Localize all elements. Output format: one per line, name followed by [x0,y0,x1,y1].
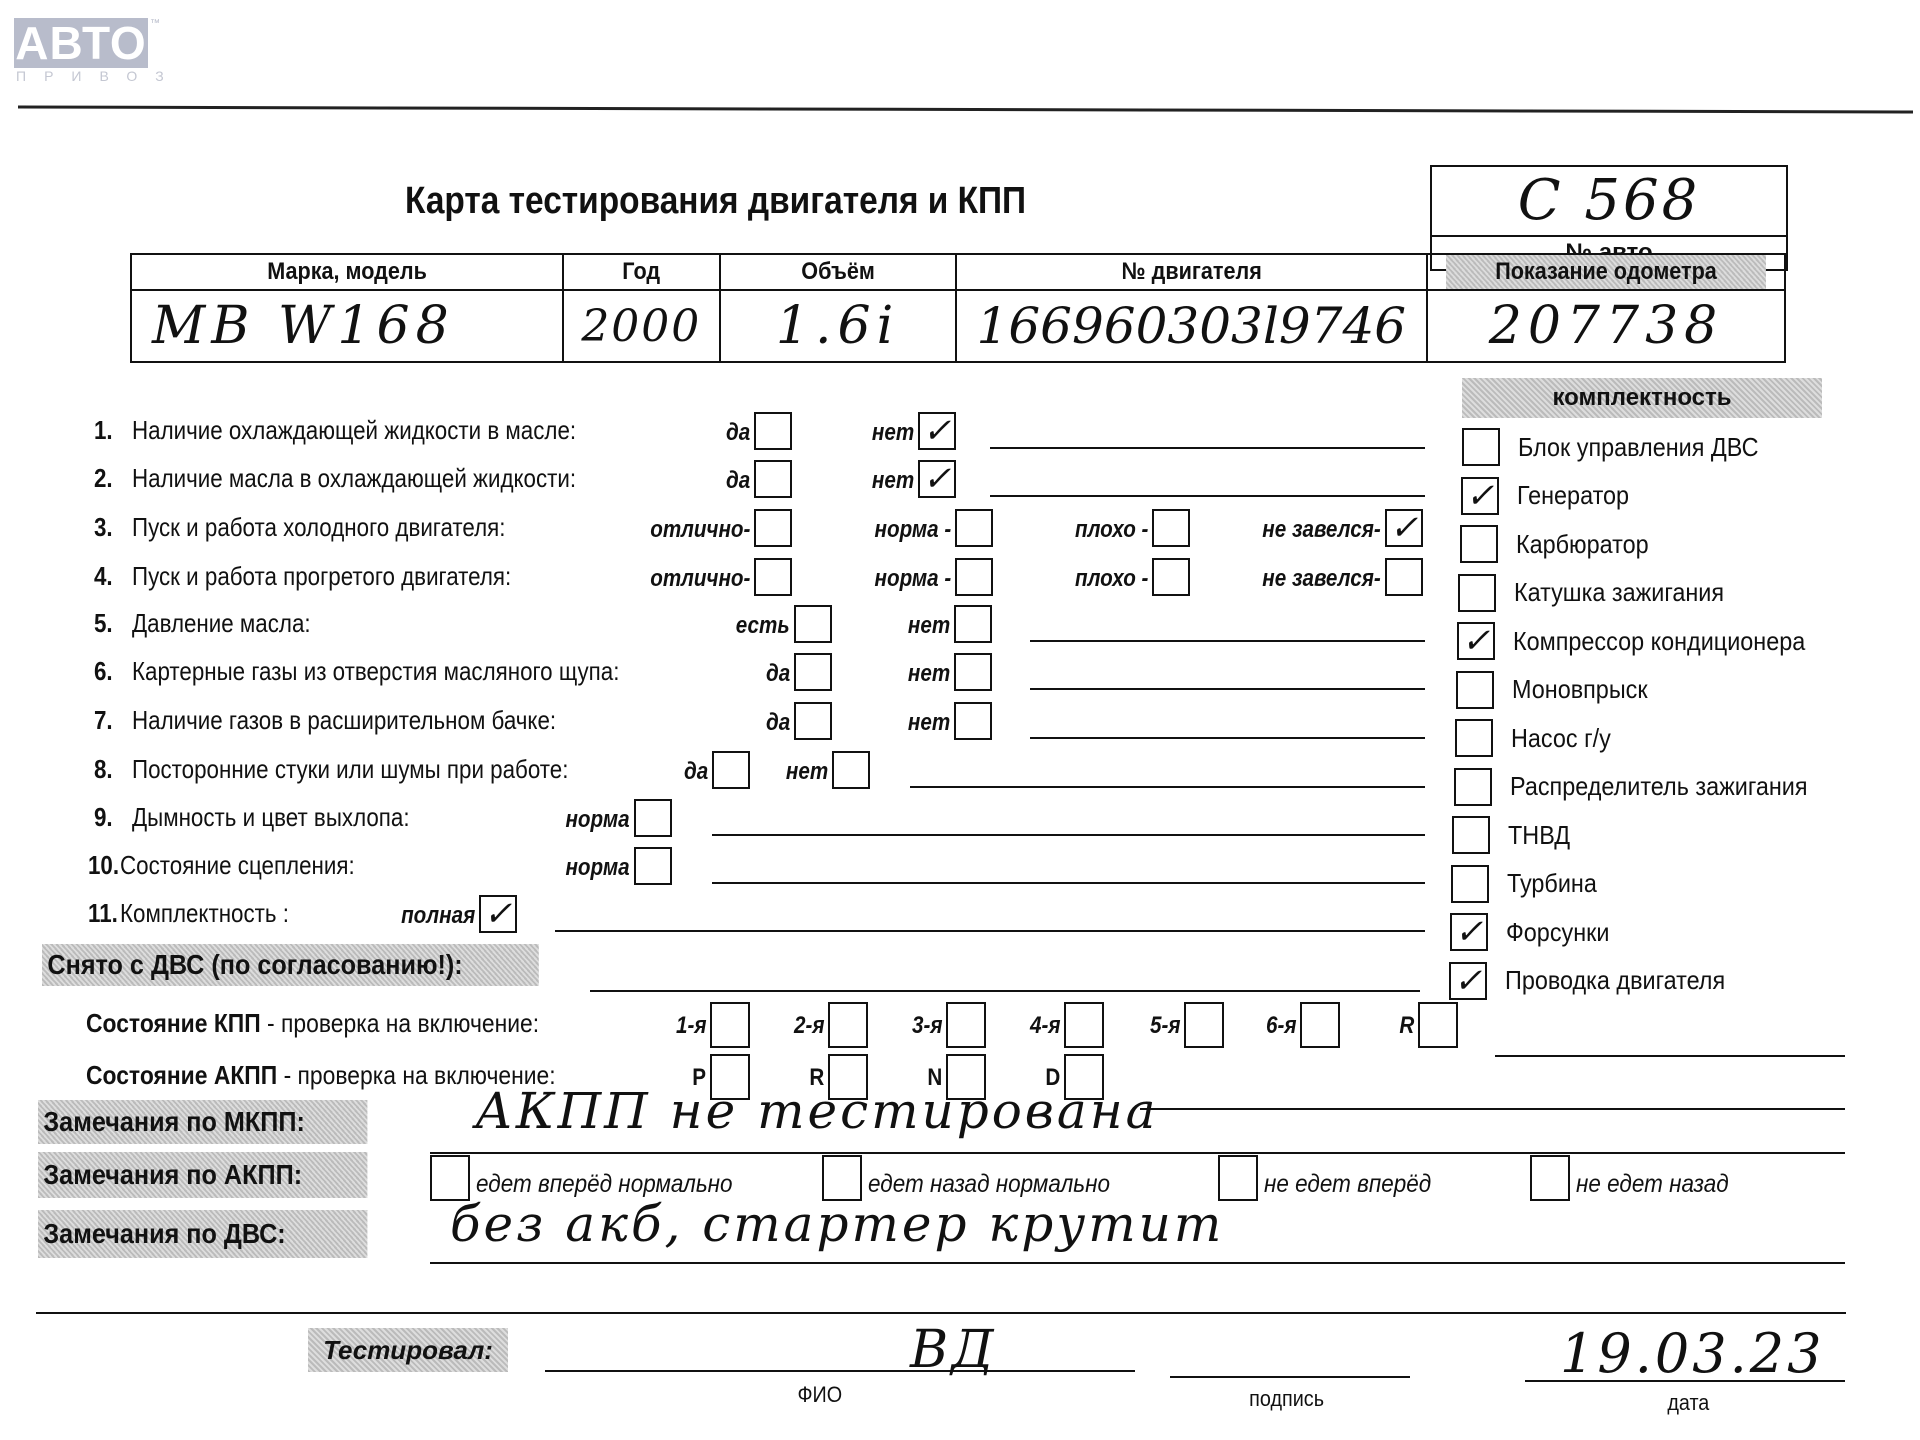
completeness-item[interactable]: Турбина [1451,865,1607,903]
option-checkbox[interactable] [754,412,792,450]
notes-line[interactable] [555,930,1425,932]
gear-checkbox[interactable] [946,1002,986,1048]
akpp-remark-label: не едет вперёд [1264,1170,1431,1199]
checklist-number: 5. [94,608,113,639]
completeness-checkbox[interactable] [1451,865,1489,903]
page-title: Карта тестирования двигателя и КПП [405,180,1026,223]
manual_gearbox-label-bold: Состояние КПП [86,1008,261,1038]
footer-divider [36,1312,1846,1314]
year-value[interactable]: 2000 [563,290,719,362]
model-value[interactable]: MB W168 [131,290,563,362]
mkpp-remarks-line [430,1152,1845,1154]
option-checkbox[interactable] [794,605,832,643]
checklist-label: Дымность и цвет выхлопа: [132,802,410,833]
option-checkbox[interactable] [754,460,792,498]
option-checkbox[interactable] [754,509,792,547]
option-label: да [684,758,708,786]
option-label: плохо - [1075,565,1148,593]
option-label: отлично- [650,516,750,544]
check-mark-icon: ✓ [1454,964,1483,998]
col-header-volume: Объём [731,254,944,290]
signature-caption: подпись [1249,1386,1324,1412]
checklist-label: Пуск и работа холодного двигателя: [132,512,505,543]
completeness-checkbox[interactable] [1460,525,1498,563]
option-label: не завелся- [1263,516,1381,544]
gear-label: 4-я [1029,1012,1060,1040]
date-value[interactable]: 19.03.23 [1560,1322,1824,1385]
completeness-label: Катушка зажигания [1514,577,1724,608]
checklist-number: 3. [94,512,113,543]
completeness-item[interactable]: Блок управления ДВС [1462,428,1785,466]
checklist-label: Комплектность : [120,898,289,929]
completeness-item[interactable]: Моновпрыск [1456,671,1663,709]
dvs-remarks-value[interactable]: без акб, стартер крутит [450,1195,1224,1253]
option-label: да [766,660,790,688]
completeness-checkbox[interactable]: ✓ [1457,622,1495,660]
notes-line[interactable] [712,882,1425,884]
option-checkbox[interactable]: ✓ [918,460,956,498]
option-label: норма [566,854,630,882]
signature-line[interactable] [1170,1376,1410,1378]
option-checkbox[interactable] [954,702,992,740]
completeness-label: Генератор [1517,480,1629,511]
gear-label: 6-я [1265,1012,1296,1040]
completeness-item[interactable]: ✓Компрессор кондиционера [1457,622,1838,660]
col-header-year: Год [571,254,712,290]
option-label: да [766,709,790,737]
option-checkbox[interactable]: ✓ [1385,509,1423,547]
completeness-label: Турбина [1507,868,1597,899]
option-checkbox[interactable]: ✓ [479,895,517,933]
option-checkbox[interactable] [832,751,870,789]
option-checkbox[interactable] [1152,509,1190,547]
option-checkbox[interactable]: ✓ [918,412,956,450]
checklist-label: Пуск и работа прогретого двигателя: [132,561,511,592]
akpp-remarks-label: Замечания по АКПП: [38,1152,367,1198]
completeness-item[interactable]: Карбюратор [1460,525,1663,563]
akpp-remark-label: не едет назад [1576,1170,1729,1199]
checklist-number: 9. [94,802,113,833]
engine-number-value[interactable]: 166960303l9746 [956,290,1427,362]
completeness-label: Проводка двигателя [1505,965,1725,996]
check-mark-icon: ✓ [1390,511,1419,545]
option-label: нет [872,467,914,495]
check-mark-icon: ✓ [923,462,952,496]
mkpp-remarks-label: Замечания по МКПП: [38,1100,367,1144]
option-checkbox[interactable] [794,653,832,691]
manual_gearbox-label: Состояние КПП - проверка на включение: [86,1008,539,1039]
option-label: да [726,467,750,495]
logo-subtitle: ПРИВОЗ [16,68,182,84]
gear-checkbox[interactable] [1300,1002,1340,1048]
check-mark-icon: ✓ [1466,479,1495,513]
option-checkbox[interactable] [955,509,993,547]
option-label: отлично- [650,565,750,593]
checklist-label: Состояние сцепления: [120,850,355,881]
notes-line[interactable] [1030,640,1425,642]
option-label: норма - [874,516,951,544]
volume-value[interactable]: 1.6i [720,290,956,362]
completeness-item[interactable]: ✓Генератор [1461,477,1642,515]
logo: АВТО [14,18,148,68]
date-caption: дата [1667,1390,1709,1416]
removed-parts-line[interactable] [590,990,1420,992]
completeness-checkbox[interactable] [1455,719,1493,757]
option-checkbox[interactable] [634,847,672,885]
col-header-odometer: Показание одометра [1445,254,1767,290]
dvs-remarks-line [430,1262,1845,1264]
completeness-checkbox[interactable]: ✓ [1449,962,1487,1000]
option-label: нет [908,660,950,688]
option-label: да [726,419,750,447]
col-header-model: Марка, модель [153,254,542,290]
completeness-label: Насос г/у [1511,723,1611,754]
completeness-item[interactable]: ✓Форсунки [1450,913,1621,951]
car-number-value[interactable]: C 568 [1432,167,1786,235]
car-number-box: C 568 [1430,165,1788,237]
akpp-remark-checkbox[interactable] [1530,1155,1570,1201]
notes-line[interactable] [712,834,1425,836]
completeness-label: ТНВД [1508,820,1570,851]
option-label: норма - [874,565,951,593]
completeness-label: Карбюратор [1516,529,1649,560]
completeness-item[interactable]: Насос г/у [1455,719,1622,757]
notes-line[interactable] [990,495,1425,497]
option-label: полная [401,902,475,930]
gear-checkbox[interactable] [710,1002,750,1048]
notes-line[interactable] [910,786,1425,788]
checklist-number: 11. [88,898,118,929]
completeness-label: Компрессор кондиционера [1513,626,1805,657]
gear-checkbox[interactable] [1418,1002,1458,1048]
completeness-header: комплектность [1462,378,1822,418]
option-label: нет [908,709,950,737]
name-caption: ФИО [797,1382,842,1408]
auto_gearbox-label-bold: Состояние АКПП [86,1060,277,1090]
completeness-checkbox[interactable] [1456,671,1494,709]
checklist-number: 4. [94,561,113,592]
removed-parts-label: Снято с ДВС (по согласованию!): [42,944,539,986]
option-label: нет [908,612,950,640]
option-checkbox[interactable] [955,558,993,596]
option-label: норма [566,806,630,834]
checklist-number: 7. [94,705,113,736]
gear-label: 2-я [793,1012,824,1040]
checklist-label: Картерные газы из отверстия масляного щу… [132,656,619,687]
gearbox-notes-line[interactable] [1495,1055,1845,1057]
checklist-number: 10. [88,850,119,881]
gear-checkbox[interactable] [828,1002,868,1048]
completeness-item[interactable]: ✓Проводка двигателя [1449,962,1750,1000]
option-checkbox[interactable] [754,558,792,596]
checklist-label: Наличие масла в охлаждающей жидкости: [132,463,576,494]
option-checkbox[interactable] [794,702,832,740]
option-checkbox[interactable] [712,751,750,789]
option-label: есть [736,612,790,640]
checklist-number: 8. [94,754,113,785]
check-mark-icon: ✓ [1462,624,1491,658]
check-mark-icon: ✓ [923,414,952,448]
checklist-label: Давление масла: [132,608,311,639]
checklist-label: Наличие газов в расширительном бачке: [132,705,556,736]
option-checkbox[interactable] [954,653,992,691]
completeness-checkbox[interactable]: ✓ [1461,477,1499,515]
tested-by-label: Тестировал: [308,1328,508,1372]
manual_gearbox-label-rest: - проверка на включение: [261,1008,539,1038]
top-divider [18,106,1913,114]
check-mark-icon: ✓ [1455,915,1484,949]
gear-label: R [1399,1012,1414,1040]
option-label: нет [872,419,914,447]
option-label: плохо - [1075,516,1148,544]
option-checkbox[interactable] [634,799,672,837]
completeness-item[interactable]: ТНВД [1452,816,1577,854]
tester-name-value[interactable]: ВД [910,1320,997,1380]
notes-line[interactable] [1030,688,1425,690]
option-checkbox[interactable] [954,605,992,643]
odometer-value[interactable]: 207738 [1427,290,1785,362]
completeness-label: Распределитель зажигания [1510,771,1808,802]
mkpp-remarks-value[interactable]: АКПП не тестирована [475,1082,1158,1140]
completeness-checkbox[interactable]: ✓ [1450,913,1488,951]
completeness-label: Моновпрыск [1512,674,1648,705]
akpp-notes-line[interactable] [1140,1108,1845,1110]
completeness-item[interactable]: Катушка зажигания [1458,574,1747,612]
completeness-checkbox[interactable] [1462,428,1500,466]
checklist-label: Наличие охлаждающей жидкости в масле: [132,415,576,446]
completeness-item[interactable]: Распределитель зажигания [1454,768,1841,806]
option-label: не завелся- [1263,565,1381,593]
notes-line[interactable] [990,447,1425,449]
option-label: нет [786,758,828,786]
gear-label: 3-я [911,1012,942,1040]
col-header-engine-number: № двигателя [979,254,1403,290]
checklist-number: 2. [94,463,113,494]
checklist-number: 1. [94,415,113,446]
option-checkbox[interactable] [1152,558,1190,596]
gear-label: 1-я [675,1012,706,1040]
checklist-label: Посторонние стуки или шумы при работе: [132,754,568,785]
dvs-remarks-label: Замечания по ДВС: [38,1210,367,1258]
gear-label: 5-я [1149,1012,1180,1040]
gear-checkbox[interactable] [1184,1002,1224,1048]
completeness-checkbox[interactable] [1452,816,1490,854]
gear-checkbox[interactable] [1064,1002,1104,1048]
completeness-checkbox[interactable] [1454,768,1492,806]
name-line [545,1370,1135,1372]
completeness-label: Блок управления ДВС [1518,432,1758,463]
option-checkbox[interactable] [1385,558,1423,596]
logo-trademark: ™ [150,18,160,29]
vehicle-info-table: Марка, модель Год Объём № двигателя Пока… [130,253,1786,363]
completeness-label: Форсунки [1506,917,1609,948]
checklist-number: 6. [94,656,113,687]
check-mark-icon: ✓ [484,897,513,931]
completeness-checkbox[interactable] [1458,574,1496,612]
notes-line[interactable] [1030,737,1425,739]
